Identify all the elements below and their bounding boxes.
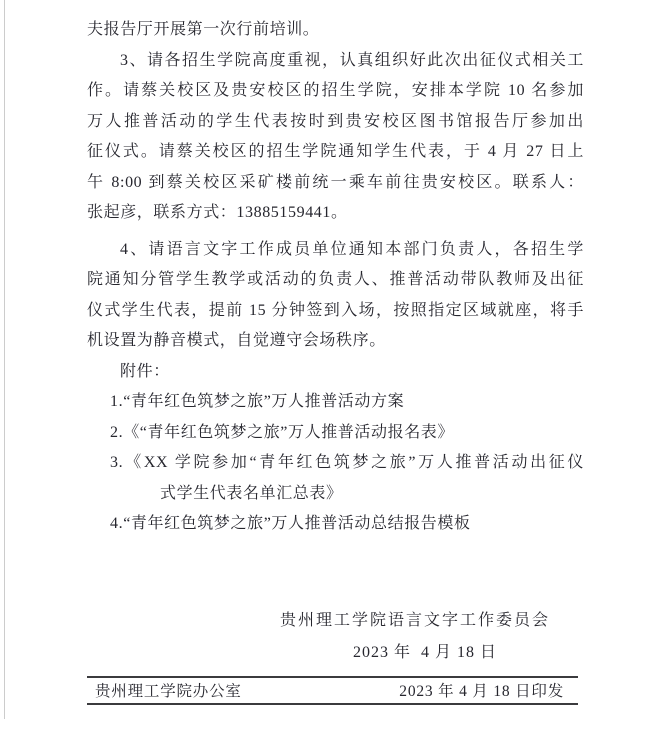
body-line: 征仪式。请蔡关校区的招生学院通知学生代表，于 4 月 27 日上	[87, 137, 584, 168]
body-line: 3、请各招生学院高度重视，认真组织好此次出征仪式相关工	[87, 46, 584, 77]
body-line: 机设置为静音模式，自觉遵守会场秩序。	[87, 326, 584, 357]
signature-date: 2023 年 4 月 18 日	[285, 641, 565, 665]
attachment-item-continuation: 式学生代表名单汇总表》	[87, 479, 584, 510]
body-line: 仪式学生代表，提前 15 分钟签到入场，按照指定区域就座，将手	[87, 296, 584, 327]
attachment-item: 1.“青年红色筑梦之旅”万人推普活动方案	[87, 387, 584, 418]
body-line: 夫报告厅开展第一次行前培训。	[87, 15, 584, 46]
document-body: 夫报告厅开展第一次行前培训。 3、请各招生学院高度重视，认真组织好此次出征仪式相…	[87, 15, 584, 540]
attachments-label: 附件：	[87, 357, 584, 388]
attachment-item: 2.《“青年红色筑梦之旅”万人推普活动报名表》	[87, 418, 584, 449]
document-page: 夫报告厅开展第一次行前培训。 3、请各招生学院高度重视，认真组织好此次出征仪式相…	[0, 0, 657, 750]
page-edge-line	[4, 0, 5, 719]
footer-print-date: 2023 年 4 月 18 日印发	[399, 680, 578, 703]
attachment-item: 3.《XX 学院参加“青年红色筑梦之旅”万人推普活动出征仪	[87, 448, 584, 479]
footer: 贵州理工学院办公室 2023 年 4 月 18 日印发	[87, 680, 578, 703]
body-line: 院通知分管学生教学或活动的负责人、推普活动带队教师及出征	[87, 265, 584, 296]
footer-rule-top	[87, 676, 578, 678]
body-line: 4、请语言文字工作成员单位通知本部门负责人，各招生学	[87, 235, 584, 266]
footer-rule-bottom	[87, 703, 578, 705]
body-line: 张起彦，联系方式：13885159441。	[87, 198, 584, 229]
body-line: 万人推普活动的学生代表按时到贵安校区图书馆报告厅参加出	[87, 107, 584, 138]
footer-issuing-office: 贵州理工学院办公室	[87, 680, 242, 703]
attachment-item: 4.“青年红色筑梦之旅”万人推普活动总结报告模板	[87, 509, 584, 540]
body-line: 午 8:00 到蔡关校区采矿楼前统一乘车前往贵安校区。联系人：	[87, 168, 584, 199]
signature-organization: 贵州理工学院语言文字工作委员会	[275, 608, 555, 634]
body-line: 作。请蔡关校区及贵安校区的招生学院，安排本学院 10 名参加	[87, 76, 584, 107]
